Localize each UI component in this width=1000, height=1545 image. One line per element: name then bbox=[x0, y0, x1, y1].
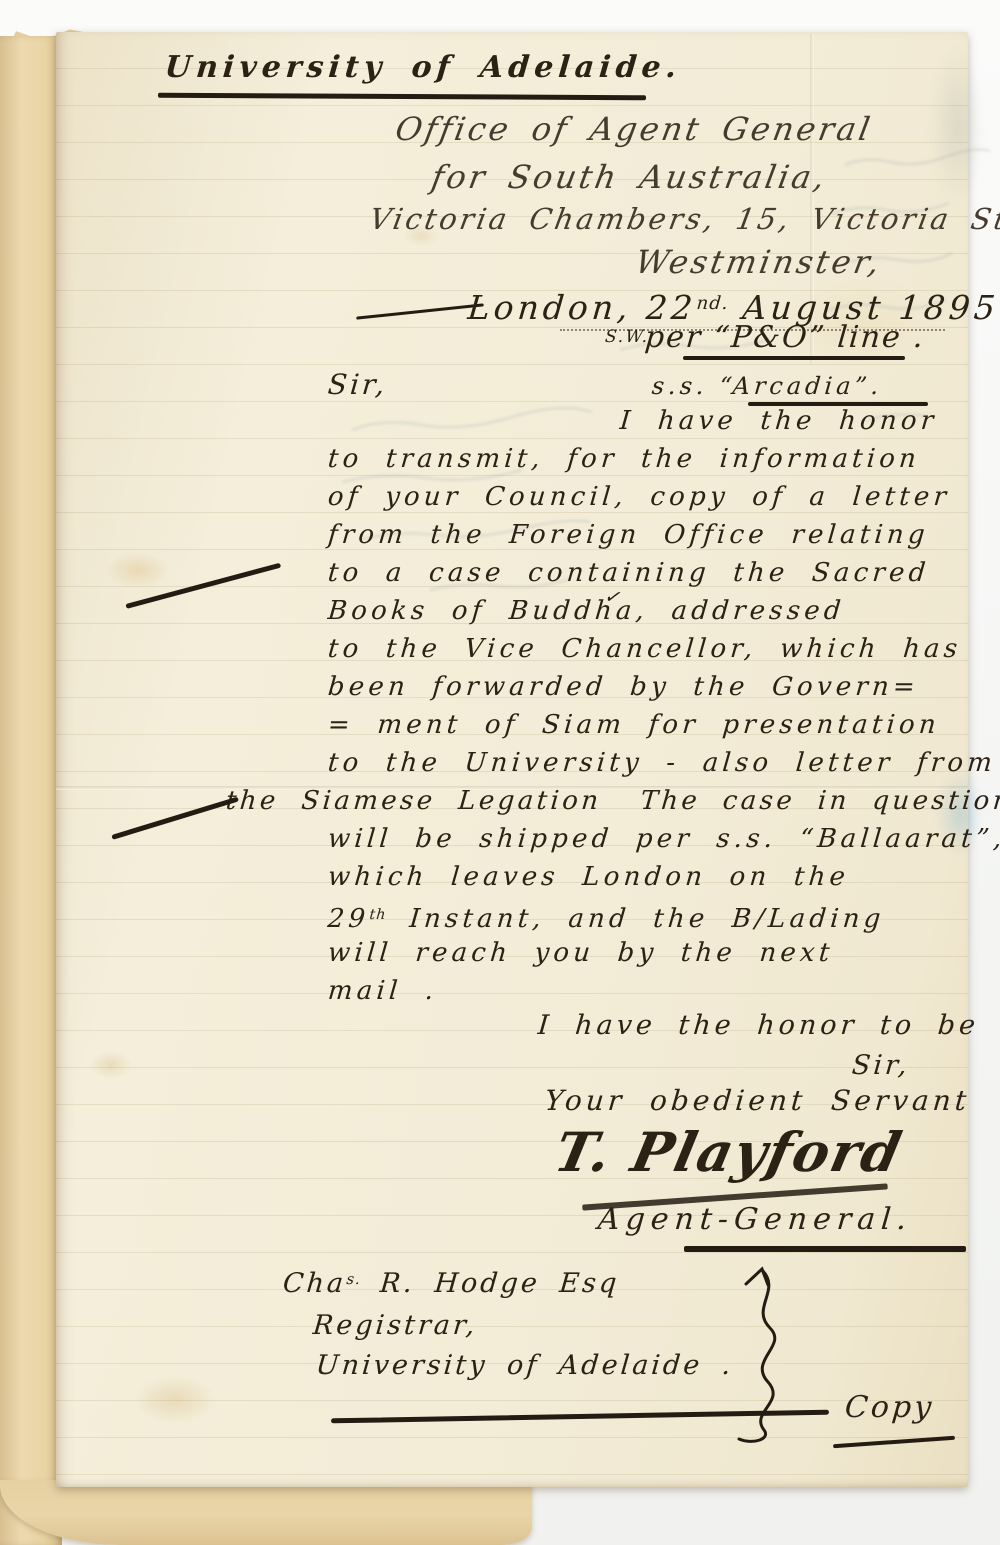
recipient-name: Chas. R. Hodge Esq bbox=[282, 1268, 621, 1299]
letter-line: to the University - also letter from bbox=[326, 744, 977, 782]
letter-line: of your Council, copy of a letter bbox=[326, 478, 977, 516]
letter-line: to a case containing the Sacred bbox=[326, 554, 977, 592]
carrier-underline bbox=[683, 356, 905, 360]
letterhead-line-colony: for South Australia, bbox=[429, 158, 831, 196]
postal-district: S.W. bbox=[604, 327, 650, 347]
letterhead-line-district: Westminster, bbox=[633, 243, 886, 281]
signature: T. Playford bbox=[549, 1120, 908, 1184]
letter-line: Books of Buddha, addressed bbox=[326, 592, 977, 630]
letter-body: I have the honorto transmit, for the inf… bbox=[328, 402, 976, 1010]
insertion-caret-mark: ✓ bbox=[603, 585, 622, 609]
steamer-note: s.s. “Arcadia”. bbox=[651, 372, 884, 400]
letter-line: to the Vice Chancellor, which has bbox=[326, 630, 977, 668]
recipient-role: Registrar, bbox=[312, 1310, 479, 1341]
letter-line: mail . bbox=[326, 972, 977, 1010]
letter-line: to transmit, for the information bbox=[326, 440, 977, 478]
recipient-institution: University of Adelaide . bbox=[315, 1350, 735, 1381]
signature-title: Agent-General. bbox=[596, 1202, 913, 1237]
letter-line: from the Foreign Office relating bbox=[326, 516, 977, 554]
letter-line: = ment of Siam for presentation bbox=[326, 706, 977, 744]
letterhead-line-address: Victoria Chambers, 15, Victoria Street, bbox=[367, 202, 1000, 236]
signature-title-underline bbox=[684, 1246, 966, 1252]
letter-line: been forwarded by the Govern= bbox=[326, 668, 977, 706]
steamer-name: “Arcadia”. bbox=[718, 372, 883, 400]
letter-line: 29th Instant, and the B/Lading bbox=[326, 896, 977, 934]
salutation: Sir, bbox=[327, 368, 389, 401]
closing-servant-line: Your obedient Servant bbox=[544, 1084, 972, 1117]
scan-smudge bbox=[930, 45, 985, 205]
closing-sir-line: Sir, bbox=[851, 1050, 911, 1081]
closing-honor-line: I have the honor to be bbox=[537, 1010, 981, 1041]
letter-line: I have the honor bbox=[326, 402, 977, 440]
letter-line: will be shipped per s.s. “Ballaarat”, bbox=[326, 820, 977, 858]
department-header: University of Adelaide. bbox=[163, 50, 682, 85]
letterhead-line-office: Office of Agent General bbox=[393, 110, 876, 148]
letter-line: which leaves London on the bbox=[326, 858, 977, 896]
folded-page-bottom-edge bbox=[0, 1480, 532, 1545]
scanned-letter-page: University of Adelaide. Office of Agent … bbox=[0, 0, 1000, 1545]
copy-annotation: Copy bbox=[843, 1390, 935, 1425]
letter-line: the Siamese Legation The case in questio… bbox=[224, 782, 977, 820]
folded-page-left-edge bbox=[0, 36, 62, 1545]
carrier-note: per “P&O” line . bbox=[643, 320, 926, 355]
letter-line: will reach you by the next bbox=[326, 934, 977, 972]
